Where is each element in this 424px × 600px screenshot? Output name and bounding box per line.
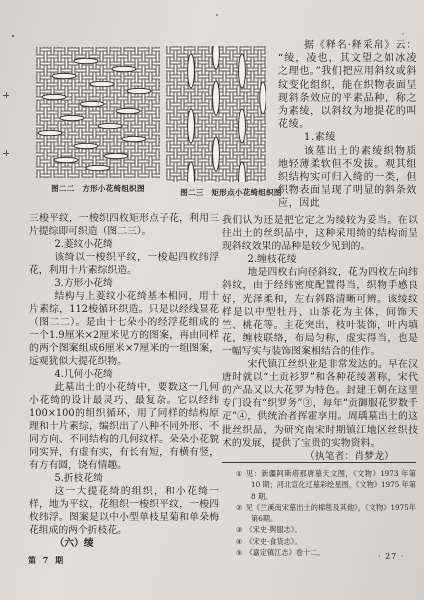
footnote-text: 《嘉定镇江志》卷十二。 (245, 548, 324, 557)
footnote-text: 《宋史·食货志》。 (245, 537, 301, 546)
section-heading-six-ling: （六）绫 (29, 537, 219, 550)
paragraph: 地是四枚右向径斜纹，花为四枚左向纬斜纹，由于经纬密度配置得当，织物手感良好，光泽… (222, 266, 418, 358)
weave-diagram-image (166, 46, 266, 182)
figure-23-rect-dot-weave (166, 46, 266, 186)
footnote-1: ①见：新疆阿斯塔那唐墓天文图，《文物》1973 年第 10 期；河北宣化辽墓彩绘… (236, 468, 416, 502)
footnote-text: 《宋史·舆服志》。 (245, 525, 301, 534)
footnote-2: ②见《兰溪南宋墓出土的棉毯及其他》，《文物》1975年第6期。 (236, 502, 416, 525)
paragraph: 我们认为还是把它定之为绫较为妥当。在以往出土的丝织品中，这种采用绮的结构而呈现斜… (222, 214, 418, 253)
paragraph: 宋代镇江丝织业是非常发达的。早在汉唐时就以“土贡衫罗”和各种花绫著称，宋代的产品… (222, 358, 418, 450)
footnote-marker: ③ (236, 525, 242, 534)
page-number: · 27 · (378, 552, 404, 561)
scan-artifact (3, 150, 9, 156)
figure-23-caption: 图二三 矩形点小花绮组织图 (171, 187, 291, 198)
subheading-jihe-xiaohuaqi: 4.几何小花绮 (29, 368, 219, 381)
right-column-narrow: 据《释名·释采帛》云：“绫，凌也，其文望之如冰凌之理也。”我们把应用斜纹或斜纹变… (278, 39, 417, 211)
footnotes: ①见：新疆阿斯塔那唐墓天文图，《文物》1973 年第 10 期；河北宣化辽墓彩绘… (236, 468, 416, 558)
paragraph: 该墓出土的素绫织物质地轻薄柔软但不发拔。观其组织结构实可归入绮的一类，但织物表面… (278, 145, 417, 211)
footnote-3: ③《宋史·舆服志》。 (236, 524, 416, 535)
footnote-marker: ⑤ (236, 548, 242, 557)
paragraph: 结构与上菱纹小花绮基本相同，用十片素综，112梭循环织造。只是以经线显花（图二二… (29, 290, 219, 368)
subheading-chanzhi-hualing: 2.缠枝花绫 (222, 253, 418, 266)
paragraph: 三梭平纹，一梭织四枚矩形点子花，利用三片提综即可织造（图二三）。 (29, 212, 219, 238)
left-column: 三梭平纹，一梭织四枚矩形点子花，利用三片提综即可织造（图二三）。 2.菱纹小花绮… (29, 212, 219, 550)
footnote-marker: ① (236, 469, 243, 478)
figure-22-caption: 图二二 方形小花绮组织图 (36, 183, 160, 194)
paragraph: 该绮以一梭织平纹，一梭起四枚纬浮花，利用十片素综织造。 (29, 251, 219, 277)
footnote-divider (222, 462, 416, 463)
scan-artifact (402, 33, 404, 35)
right-column-wide: 我们认为还是把它定之为绫较为妥当。在以往出土的丝织品中，这种采用绮的结构而呈现斜… (222, 214, 418, 463)
subheading-lingwen-xiaohuaqi: 2.菱纹小花绮 (29, 238, 219, 251)
footnote-marker: ② (236, 503, 243, 512)
weave-diagram-image (36, 47, 160, 178)
scan-artifact (12, 35, 14, 37)
subheading-su-ling: 1.素绫 (278, 131, 417, 144)
subheading-zhezhi-huaqi: 5.折枝花绮 (29, 472, 219, 485)
footnote-text: 见：新疆阿斯塔那唐墓天文图，《文物》1973 年第 10 期；河北宣化辽墓彩绘星… (246, 469, 416, 501)
scanned-journal-page: 图二二 方形小花绮组织图 图二三 矩形点小花绮组织图 据《释名·释采帛》云：“绫… (0, 0, 424, 600)
footnote-marker: ④ (236, 537, 242, 546)
paragraph: 据《释名·释采帛》云：“绫，凌也，其文望之如冰凌之理也。”我们把应用斜纹或斜纹变… (278, 39, 417, 131)
subheading-fangxing-xiaohuaqi: 3.方形小花绮 (29, 277, 219, 290)
author-signature: （执笔者：肖梦龙） (222, 450, 418, 463)
scan-artifact (216, 14, 218, 16)
journal-issue-label: 第 7 期 (28, 555, 65, 566)
scan-artifact (3, 92, 9, 98)
figure-22-square-flower-weave (36, 47, 160, 182)
paragraph: 此墓出土的小花绮中，要数这一几何小花绮的设计最灵巧、最复杂。它以经纬100×10… (29, 381, 219, 472)
paragraph: 这一大提花绮的组织，和小花绮一样，地为平纹，花组织一梭织平纹，一梭四枚纬浮。图案… (29, 485, 219, 537)
footnote-4: ④《宋史·食货志》。 (236, 536, 416, 547)
footnote-text: 见《兰溪南宋墓出土的棉毯及其他》，《文物》1975年第6期。 (246, 503, 416, 523)
